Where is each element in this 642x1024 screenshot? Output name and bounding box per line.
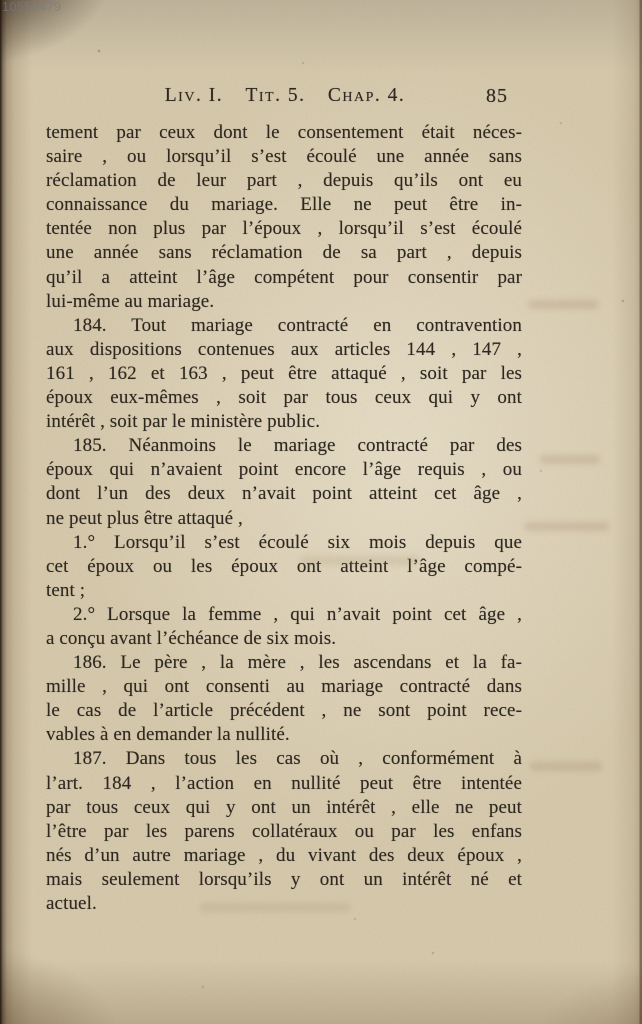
text-line: a conçu avant l’échéance de six mois. (46, 627, 522, 651)
text-line: mille , qui ont consenti au mariage cont… (46, 675, 522, 699)
text-line: tement par ceux dont le consentement éta… (46, 121, 522, 145)
show-through-stain (528, 300, 598, 309)
text-line: 161 , 162 et 163 , peut être attaqué , s… (46, 362, 522, 386)
text-line: lui-même au mariage. (46, 290, 522, 314)
text-line: aux dispositions contenues aux articles … (46, 338, 522, 362)
text-line: 185. Néanmoins le mariage contracté par … (46, 434, 522, 458)
running-title: Liv. I. Tit. 5. Chap. 4. (48, 85, 522, 107)
running-title-chapitre: Chap. 4. (328, 85, 405, 106)
text-line: intérêt , soit par le ministère public. (46, 410, 522, 434)
text-line: époux eux-mêmes , soit par tous ceux qui… (46, 386, 522, 410)
text-line: 184. Tout mariage contracté en contraven… (46, 314, 522, 338)
text-line: nés d’un autre mariage , du vivant des d… (46, 844, 522, 868)
scan-watermark-number: 10550479 (2, 0, 62, 14)
text-line: l’art. 184 , l’action en nullité peut êt… (46, 772, 522, 796)
page-number: 85 (486, 85, 508, 108)
paper-specks (0, 0, 2, 2)
text-line: tentée non plus par l’époux , lorsqu’il … (46, 217, 522, 241)
text-line: ne peut plus être attaqué , (46, 507, 522, 531)
text-line: connaissance du mariage. Elle ne peut êt… (46, 193, 522, 217)
scanned-book-page: 10550479 Liv. I. Tit. 5. Chap. 4. 85 tem… (0, 0, 642, 1024)
show-through-stain (200, 903, 350, 912)
running-title-titre: Tit. 5. (245, 85, 305, 106)
text-line: le cas de l’article précédent , ne sont … (46, 699, 522, 723)
show-through-stain (540, 455, 600, 464)
text-line: 2.° Lorsque la femme , qui n’avait point… (46, 603, 522, 627)
text-line: saire , ou lorsqu’il s’est écoulé une an… (46, 145, 522, 169)
text-line: qu’il a atteint l’âge compétent pour con… (46, 266, 522, 290)
running-header: Liv. I. Tit. 5. Chap. 4. 85 (48, 85, 522, 109)
text-line: 187. Dans tous les cas où , conformément… (46, 747, 522, 771)
text-line: 186. Le père , la mère , les ascendans e… (46, 651, 522, 675)
text-line: vables à en demander la nullité. (46, 723, 522, 747)
text-line: cet époux ou les époux ont atteint l’âge… (46, 555, 522, 579)
show-through-stain (300, 556, 420, 565)
text-line: époux qui n’avaient point encore l’âge r… (46, 458, 522, 482)
show-through-stain (524, 522, 609, 531)
running-title-book: Liv. I. (165, 85, 223, 106)
text-line: dont l’un des deux n’avait point atteint… (46, 482, 522, 506)
text-line: par tous ceux qui y ont un intérêt , ell… (46, 796, 522, 820)
text-line: une année sans réclamation de sa part , … (46, 241, 522, 265)
text-line: réclamation de leur part , depuis qu’ils… (46, 169, 522, 193)
text-line: l’être par les parens collatéraux ou par… (46, 820, 522, 844)
body-text-block: tement par ceux dont le consentement éta… (46, 121, 522, 916)
text-line: tent ; (46, 579, 522, 603)
text-line: mais seulement lorsqu’ils y ont un intér… (46, 868, 522, 892)
show-through-stain (530, 762, 602, 771)
text-line: 1.° Lorsqu’il s’est écoulé six mois depu… (46, 531, 522, 555)
